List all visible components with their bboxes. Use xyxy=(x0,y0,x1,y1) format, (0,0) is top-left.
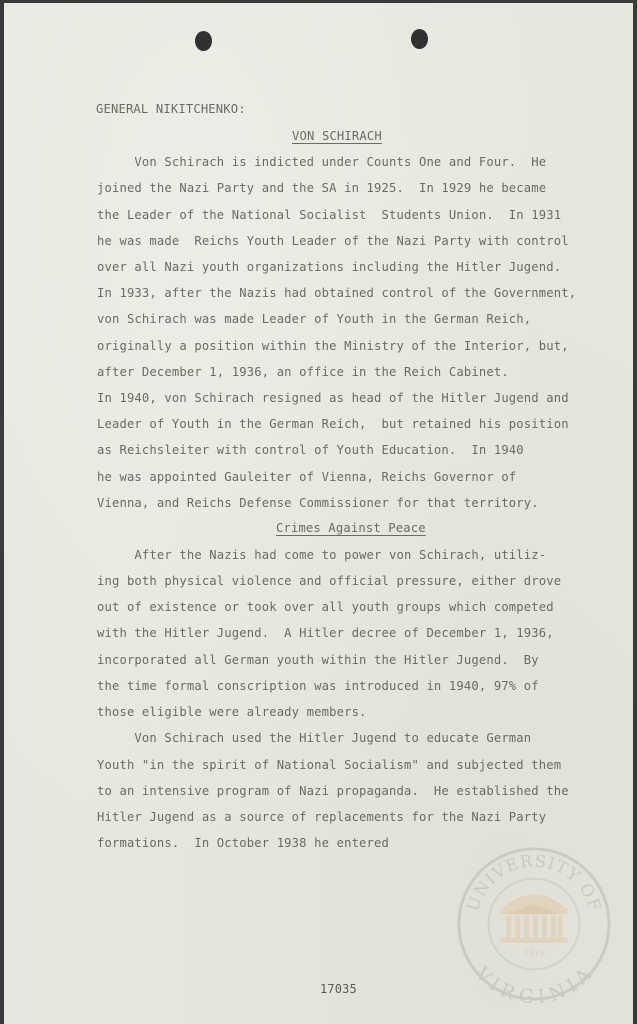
body-line: In 1940, von Schirach resigned as head o… xyxy=(97,392,569,405)
body-line: ing both physical violence and official … xyxy=(97,575,561,588)
body-line: the time formal conscription was introdu… xyxy=(97,680,539,693)
body-line: as Reichsleiter with control of Youth Ed… xyxy=(97,444,524,457)
body-line: Von Schirach used the Hitler Jugend to e… xyxy=(97,732,531,745)
rotunda-icon xyxy=(500,894,567,942)
body-line: Vienna, and Reichs Defense Commissioner … xyxy=(97,497,539,510)
body-line: after December 1, 1936, an office in the… xyxy=(97,366,509,379)
body-line: Youth "in the spirit of National Sociali… xyxy=(97,759,561,772)
body-line: Hitler Jugend as a source of replacement… xyxy=(97,811,546,824)
body-line: von Schirach was made Leader of Youth in… xyxy=(97,313,531,326)
section-title: VON SCHIRACH xyxy=(292,130,382,143)
body-line: formations. In October 1938 he entered xyxy=(97,837,389,850)
punch-hole-left xyxy=(195,31,212,51)
body-line: joined the Nazi Party and the SA in 1925… xyxy=(97,182,546,195)
body-line: those eligible were already members. xyxy=(97,706,367,719)
body-line: out of existence or took over all youth … xyxy=(97,601,554,614)
body-line: with the Hitler Jugend. A Hitler decree … xyxy=(97,627,554,640)
body-line: the Leader of the National Socialist Stu… xyxy=(97,209,561,222)
body-line: he was appointed Gauleiter of Vienna, Re… xyxy=(97,471,516,484)
body-line: After the Nazis had come to power von Sc… xyxy=(97,549,546,562)
body-line: he was made Reichs Youth Leader of the N… xyxy=(97,235,569,248)
body-line: originally a position within the Ministr… xyxy=(97,340,569,353)
subsection-title: Crimes Against Peace xyxy=(276,522,426,535)
speaker-label: GENERAL NIKITCHENKO: xyxy=(96,103,246,116)
body-line: Leader of Youth in the German Reich, but… xyxy=(97,418,569,431)
body-line: incorporated all German youth within the… xyxy=(97,654,539,667)
body-line: In 1933, after the Nazis had obtained co… xyxy=(97,287,576,300)
page-number: 17035 xyxy=(320,983,357,996)
body-line: Von Schirach is indicted under Counts On… xyxy=(97,156,546,169)
punch-hole-right xyxy=(411,29,428,49)
university-seal-watermark: UNIVERSITY OF VIRGINIA 1819 xyxy=(455,845,613,1003)
body-line: over all Nazi youth organizations includ… xyxy=(97,261,561,274)
body-line: to an intensive program of Nazi propagan… xyxy=(97,785,569,798)
svg-text:1819: 1819 xyxy=(524,949,544,958)
